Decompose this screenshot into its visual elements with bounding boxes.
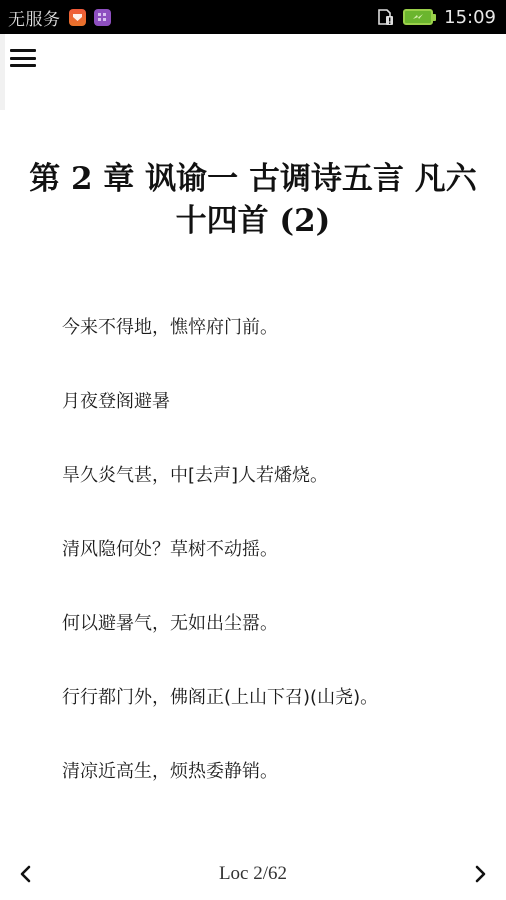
sim-card-alert-icon	[377, 8, 395, 26]
red-app-notification-icon	[69, 9, 86, 26]
battery-charging-icon	[403, 9, 436, 25]
text-line: 行行都门外，佛阁正(上山下召)(山尧)。	[62, 686, 482, 760]
reader-footer: Loc 2/62	[0, 855, 506, 893]
chevron-right-icon	[475, 865, 487, 883]
previous-page-button[interactable]	[14, 860, 36, 888]
clock: 15:09	[444, 7, 496, 28]
reader-content: 今来不得地，憔悴府门前。 月夜登阁避暑 旱久炎气甚，中[去声]人若燔烧。 清风隐…	[62, 316, 482, 834]
status-bar: 无服务 15:09	[0, 0, 506, 34]
purple-app-notification-icon	[94, 9, 111, 26]
text-line: 今来不得地，憔悴府门前。	[62, 316, 482, 390]
text-line: 月夜登阁避暑	[62, 390, 482, 464]
text-line: 清风隐何处？草树不动摇。	[62, 538, 482, 612]
location-indicator: Loc 2/62	[219, 863, 287, 885]
text-line: 何以避暑气，无如出尘嚣。	[62, 612, 482, 686]
next-page-button[interactable]	[470, 860, 492, 888]
status-bar-left: 无服务	[8, 5, 111, 30]
hamburger-menu-icon	[10, 49, 36, 52]
drawer-edge-handle[interactable]	[0, 34, 5, 110]
text-line: 旱久炎气甚，中[去声]人若燔烧。	[62, 464, 482, 538]
menu-button[interactable]	[10, 47, 36, 69]
text-line: 清凉近高生，烦热委静销。	[62, 760, 482, 834]
carrier-label: 无服务	[8, 5, 61, 30]
chapter-title: 第 2 章 讽谕一 古调诗五言 凡六十四首 (2)	[20, 158, 486, 242]
chevron-left-icon	[19, 865, 31, 883]
status-bar-right: 15:09	[377, 7, 496, 28]
